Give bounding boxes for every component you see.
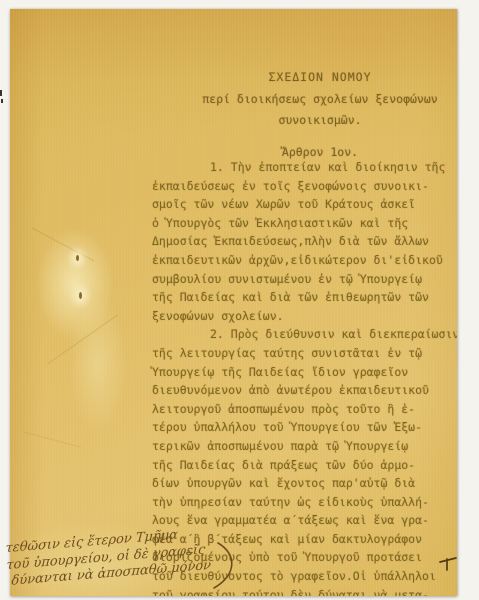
tear-mark: [76, 255, 79, 261]
scan-speck: [0, 90, 2, 96]
paper-crease: [32, 228, 94, 262]
paper-sheet: ΣΧΕΔΙΟΝ ΝΟΜΟΥ περί διοικήσεως σχολείων ξ…: [10, 9, 457, 596]
document-subtitle: περί διοικήσεως σχολείων ξενοφώνων: [160, 89, 457, 111]
typed-line: διευθυνόμενον ἀπὸ ἀνωτέρου ἐκπαιδευτικοῦ: [152, 381, 457, 400]
typed-line: ἐκπαιδεύσεως ἐν τοῖς ξενοφώνοις συνοικι-: [152, 177, 457, 196]
insertion-cross-mark: [438, 556, 458, 571]
typed-line: ξενοφώνων σχολείων.: [152, 307, 457, 326]
typed-line: ἐκπαιδευτικῶν ἀρχῶν,εἰδικώτερον δι'εἰδικ…: [152, 251, 457, 270]
document-title: ΣΧΕΔΙΟΝ ΝΟΜΟΥ: [160, 67, 457, 89]
scan-speck: [1, 99, 3, 103]
typed-line: τῆς Παιδείας διὰ πράξεως τῶν δύο ἁρμο-: [152, 456, 457, 475]
typed-line: δίων ὑπουργῶν καὶ ἔχοντος παρ'αὐτῷ διὰ: [152, 474, 457, 493]
typed-line: 2. Πρὸς διεύθυνσιν καὶ διεκπεραίωσιν: [152, 325, 457, 344]
typed-line: συμβουλίου συνιστωμένου ἐν τῷ Ὑπουργείῳ: [152, 270, 457, 289]
tear-mark: [79, 292, 82, 299]
typed-line: σμοῖς τῶν νέων Χωρῶν τοῦ Κράτους ἀσκεῖ: [152, 195, 457, 214]
article-heading: Ἄρθρον 1ον.: [160, 145, 457, 159]
typed-line: τῆς Παιδείας καὶ διὰ τῶν ἐπιθεωρητῶν τῶν: [152, 288, 457, 307]
typed-line: τὴν ὑπηρεσίαν ταύτην ὡς εἰδικοὺς ὑπαλλή-: [152, 493, 457, 512]
paper-crease: [47, 315, 117, 365]
typed-line: Δημοσίας Ἐκπαιδεύσεως,πλὴν διὰ τῶν ἄλλων: [152, 232, 457, 251]
typed-line: τερικῶν ἀποσπωμένου παρὰ τῷ Ὑπουργείῳ: [152, 437, 457, 456]
annotation-flourish: [212, 541, 240, 591]
typed-line: ὁ Ὑπουργὸς τῶν Ἐκκλησιαστικῶν καὶ τῆς: [152, 214, 457, 233]
paper-crease: [23, 431, 81, 447]
scanned-document-page: { "document": { "title": "ΣΧΕΔΙΟΝ ΝΟΜΟΥ"…: [0, 0, 479, 600]
document-heading: ΣΧΕΔΙΟΝ ΝΟΜΟΥ περί διοικήσεως σχολείων ξ…: [160, 67, 457, 132]
typed-line: τῆς λειτουργίας ταύτης συνιστᾶται ἐν τῷ: [152, 344, 457, 363]
typed-line: τοῦ γραφείου τούτου δὲν δύναται νὰ μετα-: [152, 586, 457, 596]
document-subtitle-2: συνοικισμῶν.: [160, 110, 457, 132]
typed-line: τέρου ὑπαλλήλου τοῦ Ὑπουργείου τῶν Ἐξω-: [152, 418, 457, 437]
typed-line: 1. Τὴν ἐποπτείαν καὶ διοίκησιν τῆς: [152, 158, 457, 177]
typed-line: Ὑπουργείῳ τῆς Παιδείας ἴδιον γραφεῖον: [152, 363, 457, 382]
typed-line: λειτουργοῦ ἀποσπωμένου πρὸς τοῦτο ἢ ἑ-: [152, 400, 457, 419]
